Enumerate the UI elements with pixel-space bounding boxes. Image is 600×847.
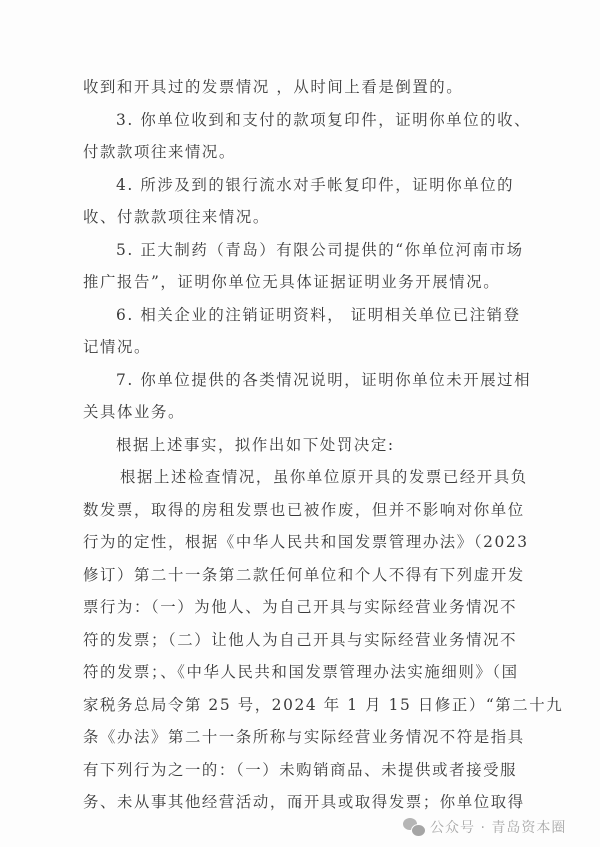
text-line: 7. 你单位提供的各类情况说明，证明你单位未开展过相 <box>83 364 523 397</box>
text-line: 记情况。 <box>83 331 523 364</box>
watermark-text: 公众号 · 青岛资本圈 <box>430 817 566 837</box>
text-line: 关具体业务。 <box>83 396 523 429</box>
text-line: 条《办法》第二十一条所称与实际经营业务情况不符是指具 <box>83 721 523 754</box>
text-line: 务、未从事其他经营活动，而开具或取得发票；你单位取得 <box>83 786 523 819</box>
text-line: 行为的定性，根据《中华人民共和国发票管理办法》（2023 <box>83 526 523 559</box>
text-line: 根据上述检查情况，虽你单位原开具的发票已经开具负 <box>83 461 523 494</box>
text-line: 修订）第二十一条第二款任何单位和个人不得有下列虚开发 <box>83 559 523 592</box>
text-line: 3. 你单位收到和支付的款项复印件，证明你单位的收、 <box>83 104 523 137</box>
text-line: 付款款项往来情况。 <box>83 136 523 169</box>
text-line: 收、付款款项往来情况。 <box>83 201 523 234</box>
text-line: 4. 所涉及到的银行流水对手帐复印件，证明你单位的 <box>83 169 523 202</box>
watermark: 公众号 · 青岛资本圈 <box>403 817 566 837</box>
document-body: 收到和开具过的发票情况 ，从时间上看是倒置的。3. 你单位收到和支付的款项复印件… <box>83 71 523 819</box>
text-line: 推广报告”，证明你单位无具体证据证明业务开展情况。 <box>83 266 523 299</box>
page-number: 6 <box>295 800 301 810</box>
text-line: 根据上述事实，拟作出如下处罚决定: <box>83 429 523 462</box>
text-line: 5. 正大制药（青岛）有限公司提供的“你单位河南市场 <box>83 234 523 267</box>
text-line: 票行为：（一）为他人、为自己开具与实际经营业务情况不 <box>83 591 523 624</box>
text-line: 数发票，取得的房租发票也已被作废，但并不影响对你单位 <box>83 494 523 527</box>
text-line: 收到和开具过的发票情况 ，从时间上看是倒置的。 <box>83 71 523 104</box>
text-line: 符的发票；、《中华人民共和国发票管理办法实施细则》（国 <box>83 656 523 689</box>
document-page: 收到和开具过的发票情况 ，从时间上看是倒置的。3. 你单位收到和支付的款项复印件… <box>0 0 600 847</box>
text-line: 有下列行为之一的：（一）未购销商品、未提供或者接受服 <box>83 754 523 787</box>
text-line: 6. 相关企业的注销证明资料， 证明相关单位已注销登 <box>83 299 523 332</box>
wechat-icon <box>403 818 425 836</box>
text-line: 符的发票；（二）让他人为自己开具与实际经营业务情况不 <box>83 624 523 657</box>
text-line: 家税务总局令第 25 号，2024 年 1 月 15 日修正）“第二十九 <box>83 689 523 722</box>
